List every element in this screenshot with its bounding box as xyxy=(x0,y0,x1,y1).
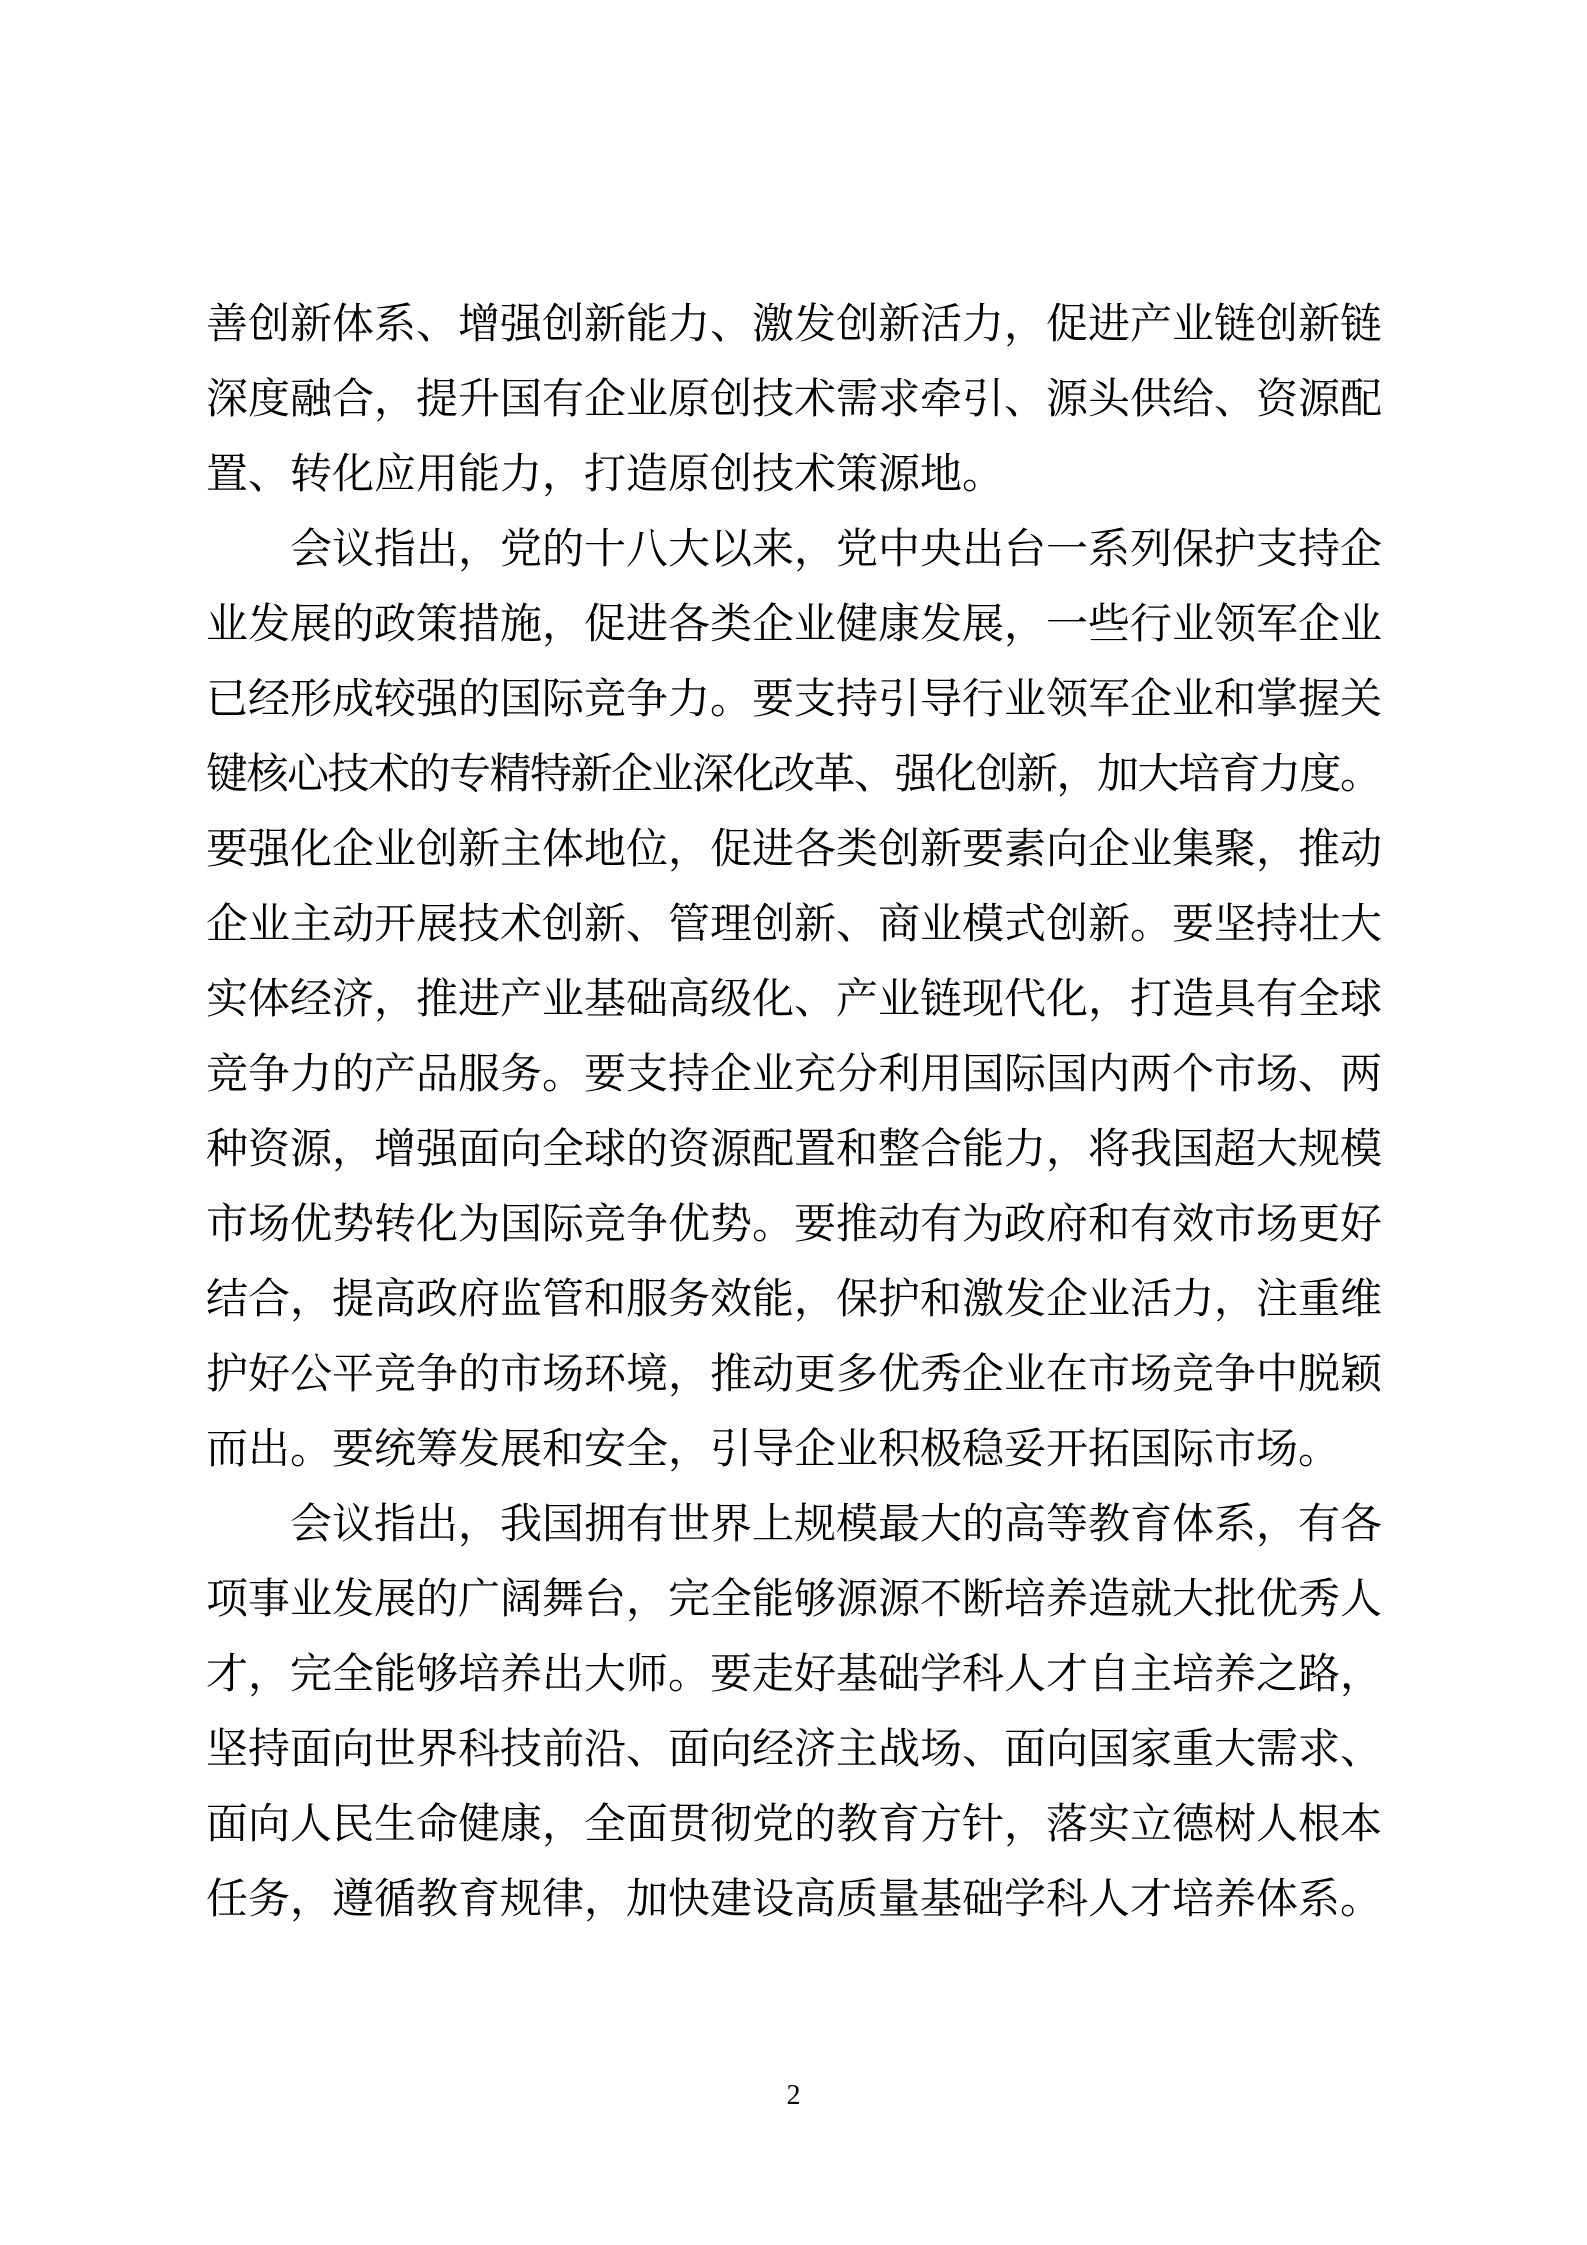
text-line: 才，完全能够培养出大师。要走好基础学科人才自主培养之路， xyxy=(206,1638,1382,1713)
text-line: 深度融合，提升国有企业原创技术需求牵引、源头供给、资源配 xyxy=(206,363,1382,438)
text-line: 面向人民生命健康，全面贯彻党的教育方针，落实立德树人根本 xyxy=(206,1788,1382,1863)
page-number: 2 xyxy=(0,2080,1587,2112)
text-line: 结合，提高政府监管和服务效能，保护和激发企业活力，注重维 xyxy=(206,1263,1382,1338)
text-line: 企业主动开展技术创新、管理创新、商业模式创新。要坚持壮大 xyxy=(206,888,1382,963)
text-line: 会议指出，党的十八大以来，党中央出台一系列保护支持企 xyxy=(206,513,1382,588)
text-line: 置、转化应用能力，打造原创技术策源地。 xyxy=(206,438,1382,513)
text-line: 种资源，增强面向全球的资源配置和整合能力，将我国超大规模 xyxy=(206,1113,1382,1188)
text-line: 市场优势转化为国际竞争优势。要推动有为政府和有效市场更好 xyxy=(206,1188,1382,1263)
text-line: 竞争力的产品服务。要支持企业充分利用国际国内两个市场、两 xyxy=(206,1038,1382,1113)
text-line: 任务，遵循教育规律，加快建设高质量基础学科人才培养体系。 xyxy=(206,1863,1382,1938)
text-line: 业发展的政策措施，促进各类企业健康发展，一些行业领军企业 xyxy=(206,588,1382,663)
text-line: 项事业发展的广阔舞台，完全能够源源不断培养造就大批优秀人 xyxy=(206,1563,1382,1638)
text-line: 护好公平竞争的市场环境，推动更多优秀企业在市场竞争中脱颖 xyxy=(206,1338,1382,1413)
text-line: 而出。要统筹发展和安全，引导企业积极稳妥开拓国际市场。 xyxy=(206,1413,1382,1488)
text-line: 实体经济，推进产业基础高级化、产业链现代化，打造具有全球 xyxy=(206,963,1382,1038)
text-line: 会议指出，我国拥有世界上规模最大的高等教育体系，有各 xyxy=(206,1488,1382,1563)
text-line: 善创新体系、增强创新能力、激发创新活力，促进产业链创新链 xyxy=(206,288,1382,363)
document-page: 善创新体系、增强创新能力、激发创新活力，促进产业链创新链深度融合，提升国有企业原… xyxy=(0,0,1587,2245)
text-line: 已经形成较强的国际竞争力。要支持引导行业领军企业和掌握关 xyxy=(206,663,1382,738)
text-line: 坚持面向世界科技前沿、面向经济主战场、面向国家重大需求、 xyxy=(206,1713,1382,1788)
text-line: 键核心技术的专精特新企业深化改革、强化创新，加大培育力度。 xyxy=(206,738,1382,813)
text-line: 要强化企业创新主体地位，促进各类创新要素向企业集聚，推动 xyxy=(206,813,1382,888)
document-body: 善创新体系、增强创新能力、激发创新活力，促进产业链创新链深度融合，提升国有企业原… xyxy=(206,288,1382,1938)
